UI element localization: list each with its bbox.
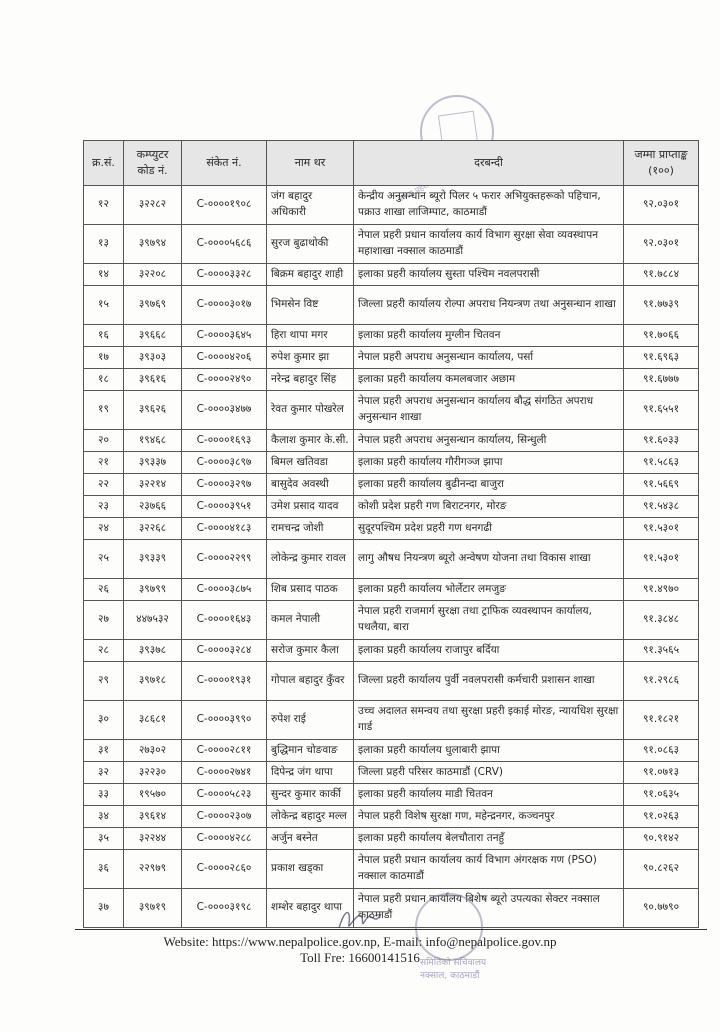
header-serial: क्र.सं. <box>84 141 124 186</box>
header-posting: दरबन्दी <box>354 141 624 186</box>
symbol-no-cell: C-००००२८११ <box>182 740 267 762</box>
posting-cell: जिल्ला प्रहरी परिसर काठमाडौं (CRV) <box>354 762 624 784</box>
computer-code-cell: ३८६८१ <box>124 701 182 740</box>
posting-cell: लागु औषध नियन्त्रण ब्यूरो अन्वेषण योजना … <box>354 540 624 579</box>
name-cell: सुरज बुढाथोकी <box>267 225 354 264</box>
posting-cell: नेपाल प्रहरी राजमार्ग सुरक्षा तथा ट्राफि… <box>354 601 624 640</box>
merit-list-table: क्र.सं. कम्प्युटर कोड नं. संकेत नं. नाम … <box>83 140 699 928</box>
marks-cell: ९१.६५५१ <box>624 391 699 430</box>
serial-cell: १८ <box>84 369 124 391</box>
table-row: २०१९४६८C-००००१६९३कैलाश कुमार के.सी.नेपाल… <box>84 430 699 452</box>
computer-code-cell: ३९७१८ <box>124 662 182 701</box>
table-row: १३३९७९४C-००००५६८६सुरज बुढाथोकीनेपाल प्रह… <box>84 225 699 264</box>
computer-code-cell: ४४७५३२ <box>124 601 182 640</box>
serial-cell: २४ <box>84 518 124 540</box>
footer-toll-free: Toll Fre: 16600141516 <box>0 950 720 966</box>
computer-code-cell: ३९६६८ <box>124 325 182 347</box>
marks-cell: ९०.९१४२ <box>624 828 699 850</box>
marks-cell: ९१.७८८४ <box>624 264 699 286</box>
name-cell: अर्जुन बस्नेत <box>267 828 354 850</box>
posting-cell: इलाका प्रहरी कार्यालय धुलाबारी झापा <box>354 740 624 762</box>
computer-code-cell: ३९३३७ <box>124 452 182 474</box>
posting-cell: इलाका प्रहरी कार्यालय भोर्लेटार लमजुङ <box>354 579 624 601</box>
table-row: २५३९३३९C-००००२२९९लोकेन्द्र कुमार रावललाग… <box>84 540 699 579</box>
symbol-no-cell: C-००००५६८६ <box>182 225 267 264</box>
seal-bottom-text: समितिको सचिवालय नक्साल, काठमाडौं <box>420 955 486 981</box>
name-cell: गोपाल बहादुर कुँवर <box>267 662 354 701</box>
table-row: २७४४७५३२C-००००१६४३कमल नेपालीनेपाल प्रहरी… <box>84 601 699 640</box>
name-cell: दिपेन्द्र जंग थापा <box>267 762 354 784</box>
name-cell: सरोज कुमार कैला <box>267 640 354 662</box>
serial-cell: १५ <box>84 286 124 325</box>
posting-cell: नेपाल प्रहरी अपराध अनुसन्धान कार्यालय, स… <box>354 430 624 452</box>
table-row: १५३९७६९C-००००३०१७भिमसेन विष्टजिल्ला प्रह… <box>84 286 699 325</box>
marks-cell: ९१.६०३३ <box>624 430 699 452</box>
marks-cell: ९०.८२६२ <box>624 850 699 889</box>
marks-cell: ९१.५३०१ <box>624 540 699 579</box>
table-row: ३७३९७१९C-००००३१९८शम्शेर बहादुर थापानेपाल… <box>84 889 699 928</box>
posting-cell: इलाका प्रहरी कार्यालय मुग्लीन चितवन <box>354 325 624 347</box>
marks-cell: ९१.०७१३ <box>624 762 699 784</box>
symbol-no-cell: C-००००१९३१ <box>182 662 267 701</box>
symbol-no-cell: C-००००३८७५ <box>182 579 267 601</box>
table-row: ३५३२२४४C-००००४२८८अर्जुन बस्नेतइलाका प्रह… <box>84 828 699 850</box>
signature <box>335 906 385 936</box>
symbol-no-cell: C-००००३१९८ <box>182 889 267 928</box>
symbol-no-cell: C-००००२७४१ <box>182 762 267 784</box>
symbol-no-cell: C-००००३०१७ <box>182 286 267 325</box>
serial-cell: ३५ <box>84 828 124 850</box>
serial-cell: २३ <box>84 496 124 518</box>
serial-cell: १६ <box>84 325 124 347</box>
symbol-no-cell: C-००००३९९० <box>182 701 267 740</box>
symbol-no-cell: C-००००३३२८ <box>182 264 267 286</box>
symbol-no-cell: C-००००१६४३ <box>182 601 267 640</box>
marks-cell: ९१.७७३९ <box>624 286 699 325</box>
table-row: ३०३८६८१C-००००३९९०रुपेश राईउच्च अदालत समन… <box>84 701 699 740</box>
symbol-no-cell: C-००००३६४५ <box>182 325 267 347</box>
computer-code-cell: २२९७९ <box>124 850 182 889</box>
footer-contact: Website: https://www.nepalpolice.gov.np,… <box>0 934 720 950</box>
serial-cell: २६ <box>84 579 124 601</box>
computer-code-cell: ३२२०८ <box>124 264 182 286</box>
table-row: २१३९३३७C-००००३८९७बिमल खतिवडाइलाका प्रहरी… <box>84 452 699 474</box>
table-row: २२३२२१४C-००००३२९७बासुदेव अवस्थीइलाका प्र… <box>84 474 699 496</box>
table-row: २४३२२६८C-००००४१८३रामचन्द्र जोशीसुदूरपश्च… <box>84 518 699 540</box>
posting-cell: नेपाल प्रहरी प्रधान कार्यालय कार्य विभाग… <box>354 225 624 264</box>
marks-cell: ९१.४९७० <box>624 579 699 601</box>
computer-code-cell: ३९७९४ <box>124 225 182 264</box>
serial-cell: ३७ <box>84 889 124 928</box>
serial-cell: २१ <box>84 452 124 474</box>
marks-cell: ९१.०२६३ <box>624 806 699 828</box>
marks-cell: ९१.३५६५ <box>624 640 699 662</box>
marks-cell: ९१.५८६३ <box>624 452 699 474</box>
computer-code-cell: ३९७१९ <box>124 889 182 928</box>
symbol-no-cell: C-००००४१८३ <box>182 518 267 540</box>
serial-cell: ३६ <box>84 850 124 889</box>
name-cell: बुद्धिमान चोङवाङ <box>267 740 354 762</box>
marks-cell: ९१.२९८६ <box>624 662 699 701</box>
name-cell: बिमल खतिवडा <box>267 452 354 474</box>
posting-cell: नेपाल प्रहरी विशेष सुरक्षा गण, महेन्द्रन… <box>354 806 624 828</box>
table-body: १२३२२८२C-००००१९०८जंग बहादुर अधिकारीकेन्द… <box>84 186 699 928</box>
seal-text-location: नक्साल, काठमाडौं <box>420 968 486 981</box>
posting-cell: कोशी प्रदेश प्रहरी गण बिराटनगर, मोरङ <box>354 496 624 518</box>
table-row: ३२३२२३०C-००००२७४१दिपेन्द्र जंग थापाजिल्ल… <box>84 762 699 784</box>
serial-cell: ३२ <box>84 762 124 784</box>
name-cell: प्रकाश खड्का <box>267 850 354 889</box>
table-row: ३४३९६१४C-००००२३०७लोकेन्द्र बहादुर मल्लने… <box>84 806 699 828</box>
posting-cell: इलाका प्रहरी कार्यालय माडी चितवन <box>354 784 624 806</box>
marks-cell: ९१.५३०१ <box>624 518 699 540</box>
computer-code-cell: ३९६१४ <box>124 806 182 828</box>
table-row: ३३१९५७०C-००००५८२३सुन्दर कुमार कार्कीइलाक… <box>84 784 699 806</box>
marks-cell: ९१.१८२१ <box>624 701 699 740</box>
computer-code-cell: १९५७० <box>124 784 182 806</box>
posting-cell: इलाका प्रहरी कार्यालय राजापुर बर्दिया <box>354 640 624 662</box>
computer-code-cell: ३२२६८ <box>124 518 182 540</box>
document-page: नेपाल सरकार गृह मन्त्रालय नेपाल प्रहरी प… <box>0 0 720 1032</box>
marks-cell: ९१.०६३५ <box>624 784 699 806</box>
symbol-no-cell: C-००००१९०८ <box>182 186 267 225</box>
name-cell: भिमसेन विष्ट <box>267 286 354 325</box>
serial-cell: २० <box>84 430 124 452</box>
name-cell: रामचन्द्र जोशी <box>267 518 354 540</box>
posting-cell: इलाका प्रहरी कार्यालय गौरीगञ्ज झापा <box>354 452 624 474</box>
computer-code-cell: ३२२४४ <box>124 828 182 850</box>
marks-cell: ९०.७७९० <box>624 889 699 928</box>
computer-code-cell: ३९३०३ <box>124 347 182 369</box>
table-row: १४३२२०८C-००००३३२८बिक्रम बहादुर शाहीइलाका… <box>84 264 699 286</box>
symbol-no-cell: C-००००२२९९ <box>182 540 267 579</box>
marks-cell: ९१.६७७७ <box>624 369 699 391</box>
symbol-no-cell: C-००००३८९७ <box>182 452 267 474</box>
computer-code-cell: ३९६२६ <box>124 391 182 430</box>
marks-cell: ९१.३८४८ <box>624 601 699 640</box>
name-cell: रुपेश राई <box>267 701 354 740</box>
serial-cell: २७ <box>84 601 124 640</box>
symbol-no-cell: C-००००४२०६ <box>182 347 267 369</box>
symbol-no-cell: C-००००१६९३ <box>182 430 267 452</box>
symbol-no-cell: C-००००३२८४ <box>182 640 267 662</box>
posting-cell: नेपाल प्रहरी प्रधान कार्यालय कार्य विभाग… <box>354 850 624 889</box>
computer-code-cell: ३२२१४ <box>124 474 182 496</box>
computer-code-cell: ३९३७८ <box>124 640 182 662</box>
name-cell: लोकेन्द्र कुमार रावल <box>267 540 354 579</box>
computer-code-cell: ३९६१६ <box>124 369 182 391</box>
symbol-no-cell: C-००००३२९७ <box>182 474 267 496</box>
posting-cell: इलाका प्रहरी कार्यालय बेलचौतारा तनहुँ <box>354 828 624 850</box>
posting-cell: इलाका प्रहरी कार्यालय बुढीनन्दा बाजुरा <box>354 474 624 496</box>
computer-code-cell: २३७६६ <box>124 496 182 518</box>
name-cell: कमल नेपाली <box>267 601 354 640</box>
table-row: २९३९७१८C-००००१९३१गोपाल बहादुर कुँवरजिल्ल… <box>84 662 699 701</box>
marks-cell: ९२.०३०१ <box>624 186 699 225</box>
header-total-marks: जम्मा प्राप्ताङ्क (१००) <box>624 141 699 186</box>
table-row: १२३२२८२C-००००१९०८जंग बहादुर अधिकारीकेन्द… <box>84 186 699 225</box>
symbol-no-cell: C-००००३९५१ <box>182 496 267 518</box>
marks-cell: ९१.६९६३ <box>624 347 699 369</box>
name-cell: कैलाश कुमार के.सी. <box>267 430 354 452</box>
name-cell: लोकेन्द्र बहादुर मल्ल <box>267 806 354 828</box>
symbol-no-cell: C-००००४२८८ <box>182 828 267 850</box>
serial-cell: ३० <box>84 701 124 740</box>
name-cell: जंग बहादुर अधिकारी <box>267 186 354 225</box>
serial-cell: ३१ <box>84 740 124 762</box>
symbol-no-cell: C-००००२३०७ <box>182 806 267 828</box>
serial-cell: १७ <box>84 347 124 369</box>
serial-cell: ३४ <box>84 806 124 828</box>
name-cell: बासुदेव अवस्थी <box>267 474 354 496</box>
serial-cell: १९ <box>84 391 124 430</box>
posting-cell: इलाका प्रहरी कार्यालय सुस्ता पश्चिम नवलप… <box>354 264 624 286</box>
name-cell: हिरा थापा मगर <box>267 325 354 347</box>
posting-cell: नेपाल प्रहरी अपराध अनुसन्धान कार्यालय, प… <box>354 347 624 369</box>
marks-cell: ९१.५४३८ <box>624 496 699 518</box>
posting-cell: जिल्ला प्रहरी कार्यालय पुर्वी नवलपरासी क… <box>354 662 624 701</box>
posting-cell: जिल्ला प्रहरी कार्यालय रोल्पा अपराध नियन… <box>354 286 624 325</box>
serial-cell: २५ <box>84 540 124 579</box>
posting-cell: सुदूरपश्चिम प्रदेश प्रहरी गण धनगढी <box>354 518 624 540</box>
table-row: १८३९६१६C-००००२४९०नरेन्द्र बहादुर सिंहइला… <box>84 369 699 391</box>
name-cell: रुपेश कुमार झा <box>267 347 354 369</box>
computer-code-cell: १९४६८ <box>124 430 182 452</box>
serial-cell: १२ <box>84 186 124 225</box>
computer-code-cell: ३९३३९ <box>124 540 182 579</box>
serial-cell: २९ <box>84 662 124 701</box>
header-name: नाम थर <box>267 141 354 186</box>
table-row: १७३९३०३C-००००४२०६रुपेश कुमार झानेपाल प्र… <box>84 347 699 369</box>
name-cell: बिक्रम बहादुर शाही <box>267 264 354 286</box>
symbol-no-cell: C-००००५८२३ <box>182 784 267 806</box>
header-symbol-no: संकेत नं. <box>182 141 267 186</box>
symbol-no-cell: C-००००२८६० <box>182 850 267 889</box>
serial-cell: १३ <box>84 225 124 264</box>
marks-cell: ९१.५६६९ <box>624 474 699 496</box>
table-row: २६३९७९९C-००००३८७५शिब प्रसाद पाठकइलाका प्… <box>84 579 699 601</box>
table-header-row: क्र.सं. कम्प्युटर कोड नं. संकेत नं. नाम … <box>84 141 699 186</box>
name-cell: उमेश प्रसाद यादव <box>267 496 354 518</box>
computer-code-cell: ३२२३० <box>124 762 182 784</box>
table-row: १६३९६६८C-००००३६४५हिरा थापा मगरइलाका प्रह… <box>84 325 699 347</box>
name-cell: रेवत कुमार पोखरेल <box>267 391 354 430</box>
table-row: १९३९६२६C-००००३४७७रेवत कुमार पोखरेलनेपाल … <box>84 391 699 430</box>
table-row: २८३९३७८C-००००३२८४सरोज कुमार कैलाइलाका प्… <box>84 640 699 662</box>
computer-code-cell: २७३०२ <box>124 740 182 762</box>
table-row: ३६२२९७९C-००००२८६०प्रकाश खड्कानेपाल प्रहर… <box>84 850 699 889</box>
serial-cell: २८ <box>84 640 124 662</box>
name-cell: शिब प्रसाद पाठक <box>267 579 354 601</box>
serial-cell: ३३ <box>84 784 124 806</box>
posting-cell: नेपाल प्रहरी अपराध अनुसन्धान कार्यालय बौ… <box>354 391 624 430</box>
symbol-no-cell: C-००००२४९० <box>182 369 267 391</box>
seal-text-secretariat: समितिको सचिवालय <box>420 955 486 968</box>
posting-cell: केन्द्रीय अनुसन्धान ब्यूरो पिलर ५ फरार अ… <box>354 186 624 225</box>
symbol-no-cell: C-००००३४७७ <box>182 391 267 430</box>
footer-divider <box>75 929 707 930</box>
table-row: ३१२७३०२C-००००२८११बुद्धिमान चोङवाङइलाका प… <box>84 740 699 762</box>
serial-cell: १४ <box>84 264 124 286</box>
serial-cell: २२ <box>84 474 124 496</box>
marks-cell: ९१.७०६६ <box>624 325 699 347</box>
marks-cell: ९२.०३०१ <box>624 225 699 264</box>
name-cell: सुन्दर कुमार कार्की <box>267 784 354 806</box>
posting-cell: इलाका प्रहरी कार्यालय कमलबजार अछाम <box>354 369 624 391</box>
header-computer-code: कम्प्युटर कोड नं. <box>124 141 182 186</box>
table-row: २३२३७६६C-००००३९५१उमेश प्रसाद यादवकोशी प्… <box>84 496 699 518</box>
posting-cell: नेपाल प्रहरी प्रधान कार्यालय बिशेष ब्यूर… <box>354 889 624 928</box>
computer-code-cell: ३९७६९ <box>124 286 182 325</box>
name-cell: नरेन्द्र बहादुर सिंह <box>267 369 354 391</box>
computer-code-cell: ३९७९९ <box>124 579 182 601</box>
marks-cell: ९१.०८६३ <box>624 740 699 762</box>
computer-code-cell: ३२२८२ <box>124 186 182 225</box>
posting-cell: उच्च अदालत समन्वय तथा सुरक्षा प्रहरी इका… <box>354 701 624 740</box>
